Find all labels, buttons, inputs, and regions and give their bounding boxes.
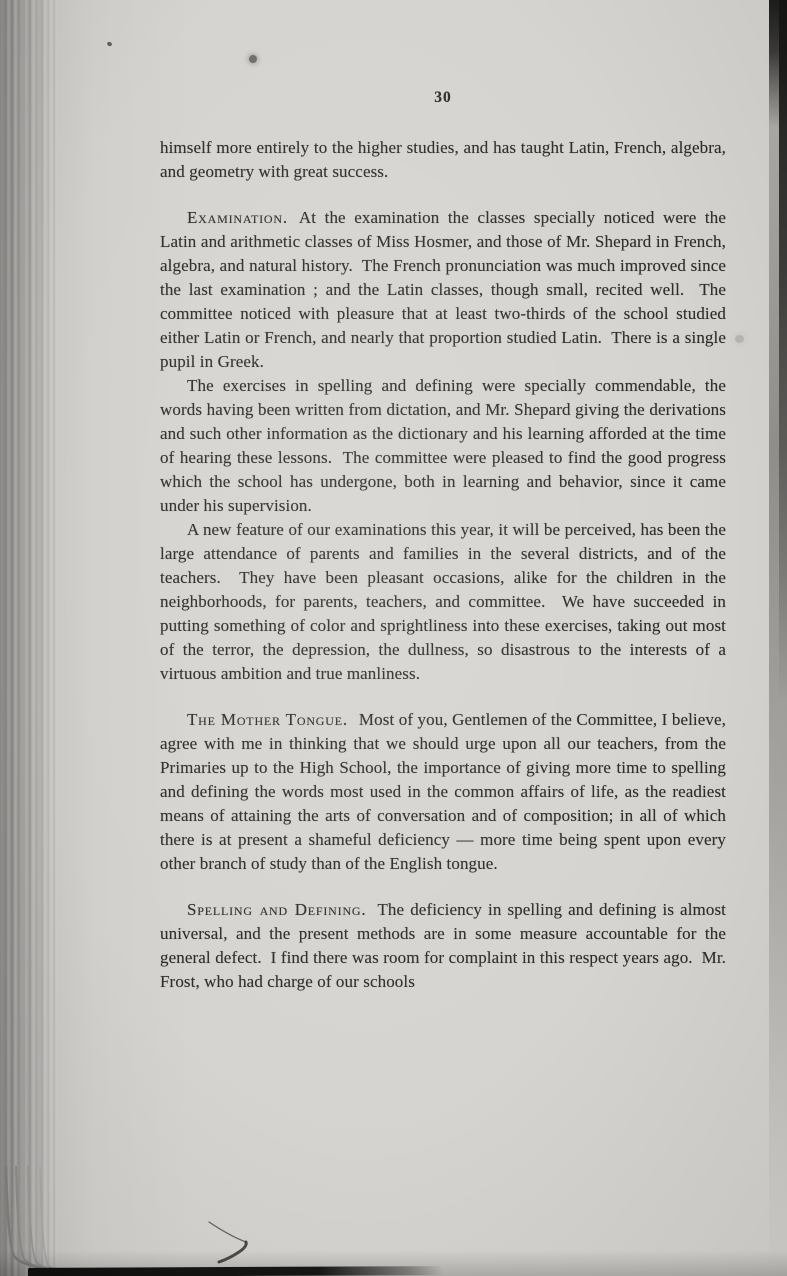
section-heading-examination: Examination.: [187, 208, 288, 227]
paragraph-text: A new feature of our examinations this y…: [160, 520, 730, 683]
book-binding-page-edges: [0, 0, 58, 1276]
page-right-edge-shadow: [769, 0, 787, 1276]
paragraph-text: Most of you, Gentlemen of the Committee,…: [160, 710, 730, 873]
ink-speck: [106, 41, 112, 47]
paragraph-mother-tongue: The Mother Tongue.Most of you, Gentlemen…: [160, 708, 726, 876]
printed-text-block: 30 himself more entirely to the higher s…: [160, 86, 726, 994]
paragraph-new-feature: A new feature of our examinations this y…: [160, 518, 726, 686]
paragraph-text: At the examination the classes specially…: [160, 208, 730, 371]
paragraph-examination: Examination.At the examination the class…: [160, 206, 726, 374]
section-heading-mother-tongue: The Mother Tongue.: [187, 710, 348, 729]
page-number: 30: [160, 86, 726, 110]
paragraph-text: The exercises in spelling and defining w…: [160, 376, 730, 515]
paragraph-exercises: The exercises in spelling and defining w…: [160, 374, 726, 518]
section-heading-spelling-defining: Spelling and Defining.: [187, 900, 366, 919]
ink-speck: [249, 55, 257, 63]
paragraph-spelling-defining: Spelling and Defining.The deficiency in …: [160, 898, 726, 994]
handwritten-pen-mark: [195, 1212, 275, 1272]
book-cover-strip: [28, 1266, 443, 1276]
paragraph-text: himself more entirely to the higher stud…: [160, 138, 730, 181]
paragraph-continuation: himself more entirely to the higher stud…: [160, 136, 726, 184]
scanned-book-page: 30 himself more entirely to the higher s…: [0, 0, 787, 1276]
ink-smudge: [735, 335, 744, 343]
